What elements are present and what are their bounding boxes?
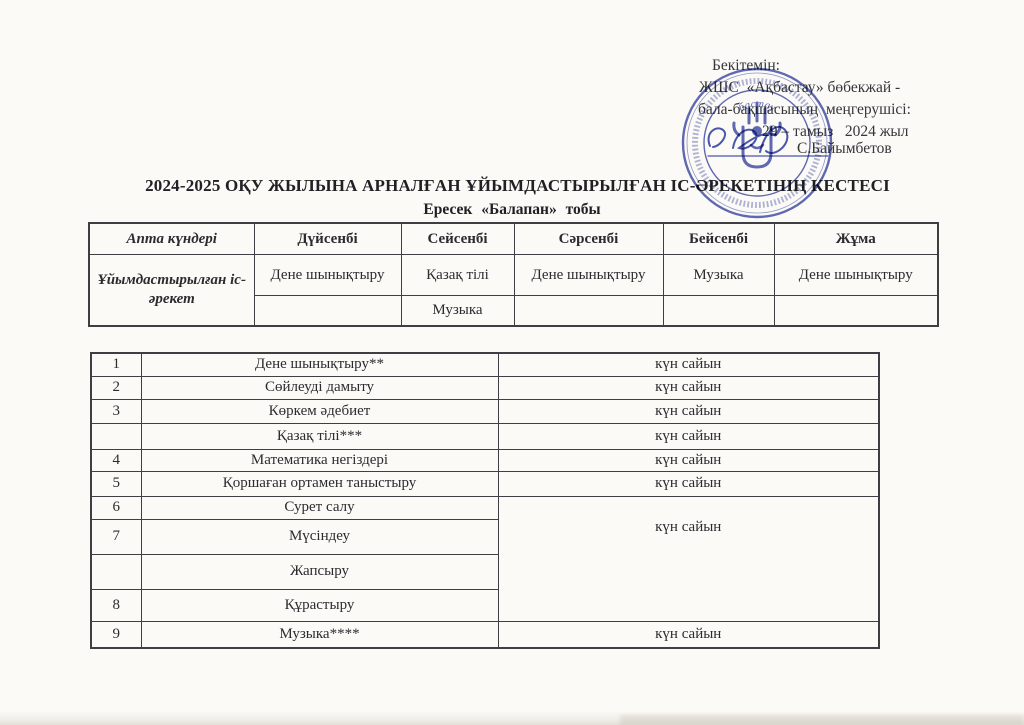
activity-name: Қоршаған ортамен таныстыру: [141, 471, 498, 496]
col-header-wednesday: Сәрсенбі: [514, 223, 663, 255]
activity-row: 1 Дене шынықтыру** күн сайын: [91, 353, 879, 376]
weekly-schedule-table: Апта күндері Дүйсенбі Сейсенбі Сәрсенбі …: [88, 222, 939, 327]
tuesday-activity: Қазақ тілі: [401, 255, 514, 296]
row-number: [91, 423, 141, 449]
row-number: 9: [91, 621, 141, 648]
activity-row: 5 Қоршаған ортамен таныстыру күн сайын: [91, 471, 879, 496]
activity-name: Жапсыру: [141, 554, 498, 589]
row-number: 3: [91, 399, 141, 423]
thursday-activity: Музыка: [663, 255, 774, 296]
col-header-week-days: Апта күндері: [89, 223, 254, 255]
thursday-activity-2: [663, 296, 774, 326]
friday-activity-2: [774, 296, 938, 326]
activity-row: 4 Математика негіздері күн сайын: [91, 449, 879, 471]
row-number: 4: [91, 449, 141, 471]
frequency: күн сайын: [498, 399, 879, 423]
activity-name: Дене шынықтыру**: [141, 353, 498, 376]
frequency-merged: күн сайын: [498, 496, 879, 621]
col-header-friday: Жұма: [774, 223, 938, 255]
activity-name: Сурет салу: [141, 496, 498, 519]
wednesday-activity-2: [514, 296, 663, 326]
activity-row: 2 Сөйлеуді дамыту күн сайын: [91, 376, 879, 399]
row-number: 5: [91, 471, 141, 496]
wednesday-activity: Дене шынықтыру: [514, 255, 663, 296]
activity-name: Көркем әдебиет: [141, 399, 498, 423]
page-subtitle: Ересек «Балапан» тобы: [0, 201, 1024, 219]
monday-activity-2: [254, 296, 401, 326]
row-number: 7: [91, 519, 141, 554]
signature-icon: [700, 118, 850, 164]
page-title: 2024-2025 ОҚУ ЖЫЛЫНА АРНАЛҒАН ҰЙЫМДАСТЫР…: [14, 176, 1021, 196]
row-number: 2: [91, 376, 141, 399]
activity-name: Құрастыру: [141, 589, 498, 621]
frequency: күн сайын: [498, 376, 879, 399]
frequency: күн сайын: [498, 471, 879, 496]
activity-name: Сөйлеуді дамыту: [141, 376, 498, 399]
activity-name: Музыка****: [141, 621, 498, 648]
activity-name: Математика негіздері: [141, 449, 498, 471]
frequency: күн сайын: [498, 423, 879, 449]
activity-name: Мүсіндеу: [141, 519, 498, 554]
row-number: 8: [91, 589, 141, 621]
organized-activity-label: Ұйымдастырылған іс-әрекет: [89, 255, 254, 326]
schedule-header-row: Апта күндері Дүйсенбі Сейсенбі Сәрсенбі …: [89, 223, 938, 255]
activity-name: Қазақ тілі***: [141, 423, 498, 449]
row-number: 1: [91, 353, 141, 376]
frequency: күн сайын: [498, 621, 879, 648]
friday-activity: Дене шынықтыру: [774, 255, 938, 296]
frequency: күн сайын: [498, 449, 879, 471]
activity-row: 3 Көркем әдебиет күн сайын: [91, 399, 879, 423]
monday-activity: Дене шынықтыру: [254, 255, 401, 296]
frequency: күн сайын: [498, 353, 879, 376]
col-header-tuesday: Сейсенбі: [401, 223, 514, 255]
row-number: [91, 554, 141, 589]
tuesday-activity-2: Музыка: [401, 296, 514, 326]
activity-row: 9 Музыка**** күн сайын: [91, 621, 879, 648]
scanned-schedule-document: Бекітемін: ЖШС «Ақбастау» бөбекжай - бал…: [0, 0, 1024, 725]
scan-bottom-edge: [0, 711, 1024, 725]
activities-frequency-table: 1 Дене шынықтыру** күн сайын 2 Сөйлеуді …: [90, 352, 880, 649]
activity-row: 6 Сурет салу күн сайын: [91, 496, 879, 519]
schedule-activity-row-1: Ұйымдастырылған іс-әрекет Дене шынықтыру…: [89, 255, 938, 296]
activity-row: Қазақ тілі*** күн сайын: [91, 423, 879, 449]
row-number: 6: [91, 496, 141, 519]
col-header-thursday: Бейсенбі: [663, 223, 774, 255]
col-header-monday: Дүйсенбі: [254, 223, 401, 255]
